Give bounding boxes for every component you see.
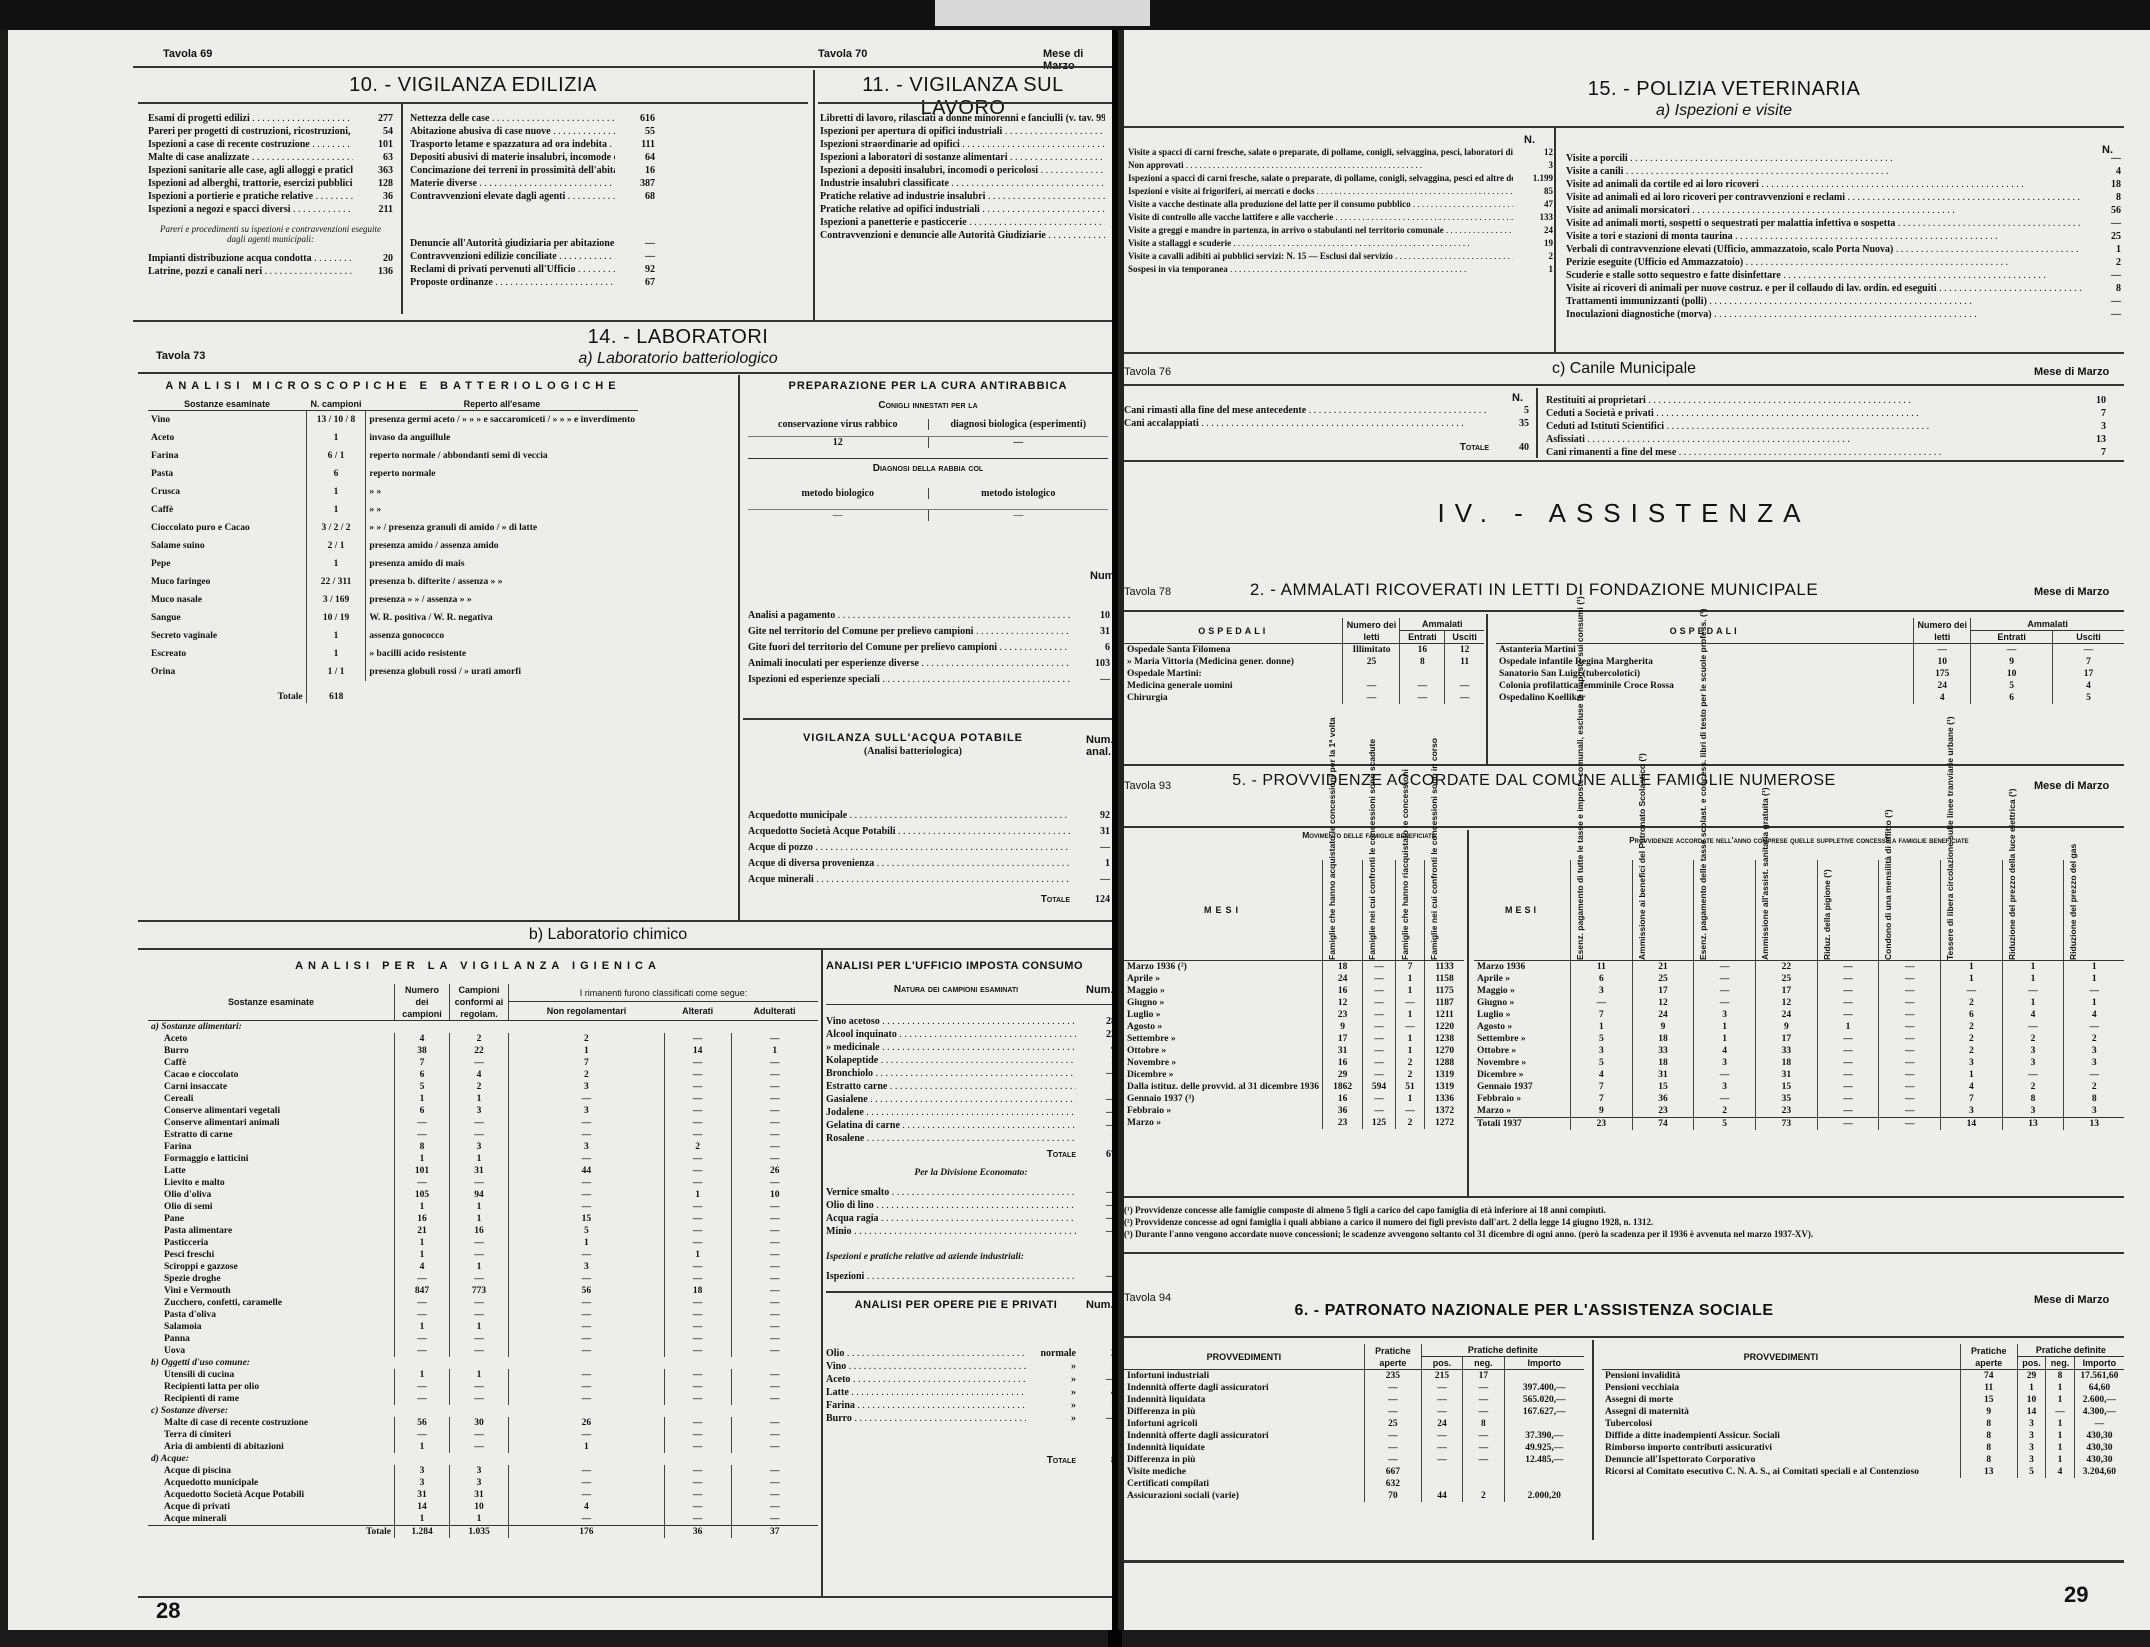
table-cell: 70	[1364, 1490, 1421, 1502]
ammalati-title: 2. - AMMALATI RICOVERATI IN LETTI DI FON…	[1224, 580, 1844, 600]
table-cell: 16	[1323, 985, 1363, 997]
table-cell: —	[509, 1093, 665, 1105]
edilizia-left-list: Esami di progetti edilizi277 Pareri per …	[148, 112, 393, 278]
total-row: Totali 19372374573——141313	[1474, 1118, 2124, 1131]
table-cell: Latte	[148, 1165, 395, 1177]
col-pos: pos.	[2017, 1357, 2046, 1370]
table-row: Novembre »518318——333	[1474, 1057, 2124, 1069]
table-cell: 2	[2064, 1081, 2124, 1093]
list-item: Latrine, pozzi e canali neri136	[148, 265, 393, 278]
list-item: Ispezioni—	[826, 1270, 1112, 1283]
table-cell: » »	[366, 483, 638, 501]
canile-total-value: 40	[1489, 442, 1529, 453]
table-cell: 1	[306, 645, 366, 663]
table-cell: 1	[395, 1201, 450, 1213]
table-cell: —	[731, 1225, 818, 1237]
table-cell: 51	[1395, 1081, 1424, 1093]
table-cell: —	[450, 1393, 509, 1405]
table-cell: —	[509, 1489, 665, 1501]
table-cell: —	[731, 1117, 818, 1129]
table-cell: 105	[395, 1189, 450, 1201]
table-cell: —	[1364, 1430, 1421, 1442]
list-item: Vernice smalto—	[826, 1186, 1112, 1199]
table-row: Marzo 1936 (²)18—71133	[1124, 961, 1464, 974]
col-ammalati: Ammalati	[1971, 618, 2124, 631]
table-row: Indennità offerte dagli assicuratori———3…	[1124, 1430, 1584, 1442]
table-cell: 3	[2064, 1045, 2124, 1057]
table-cell: 3.204,60	[2074, 1466, 2124, 1478]
patronato-title: 6. - PATRONATO NAZIONALE PER L'ASSISTENZ…	[1224, 1302, 1844, 1320]
table-cell: Marzo »	[1124, 1117, 1323, 1129]
table-cell: —	[1879, 973, 1941, 985]
table-cell: 13	[1960, 1466, 2017, 1478]
table-cell: 1	[1941, 961, 2003, 974]
list-item: Libretti di lavoro, rilasciati a donne m…	[820, 112, 1105, 125]
table-cell: —	[1879, 1081, 1941, 1093]
table-cell: 1	[395, 1321, 450, 1333]
table-cell: 4	[509, 1501, 665, 1513]
table-cell: —	[664, 1321, 731, 1333]
table-cell: 1	[395, 1093, 450, 1105]
aziende-note: Ispezioni e pratiche relative ad aziende…	[826, 1252, 1112, 1262]
patronato-left-table: PROVVEDIMENTIPratiche apertePratiche def…	[1124, 1344, 1584, 1502]
table-cell: —	[509, 1153, 665, 1165]
list-item: Perizie eseguite (Ufficio ed Ammazzatoio…	[1566, 256, 2121, 269]
laboratori-subtitle: a) Laboratorio batteriologico	[478, 350, 878, 368]
table-cell: —	[731, 1381, 818, 1393]
list-item: Ispezioni per apertura di opifici indust…	[820, 125, 1105, 138]
table-cell: 1.284	[395, 1526, 450, 1539]
table-cell: Differenza in più	[1124, 1454, 1364, 1466]
table-cell: —	[664, 1033, 731, 1045]
opere-total-label: Totale	[1047, 1455, 1076, 1466]
table-cell: 14	[2017, 1406, 2046, 1418]
table-cell: —	[395, 1381, 450, 1393]
table-row: Acquedotto Società Acque Potabili3131———	[148, 1489, 818, 1501]
table-row: Differenza in più———167.627,—	[1124, 1406, 1584, 1418]
table-row: Pasta alimentare21165——	[148, 1225, 818, 1237]
table-cell: Sangue	[148, 609, 306, 627]
esito: »	[1026, 1373, 1076, 1386]
table-cell: —	[1571, 997, 1633, 1009]
table-cell: 9	[1632, 1021, 1694, 1033]
varie-header: Num.	[1090, 570, 1112, 582]
table-cell: 3	[2002, 1105, 2064, 1118]
table-cell: —	[731, 1261, 818, 1273]
table-cell: 36	[1632, 1093, 1694, 1105]
table-cell: —	[731, 1057, 818, 1069]
table-cell: 3	[509, 1141, 665, 1153]
table-cell	[1400, 668, 1445, 680]
table-cell: 18	[664, 1285, 731, 1297]
table-cell: Sciroppi e gazzose	[148, 1261, 395, 1273]
table-row: Marzo »2312521272	[1124, 1117, 1464, 1129]
table-cell: 24	[1914, 680, 1971, 692]
table-cell: 1211	[1425, 1009, 1464, 1021]
table-cell: —	[664, 1069, 731, 1081]
table-cell: Ottobre »	[1124, 1045, 1323, 1057]
table-row: Maggio »16—11175	[1124, 985, 1464, 997]
table-cell: 1	[450, 1369, 509, 1381]
table-cell: —	[1817, 1118, 1879, 1131]
table-cell: 15	[1632, 1081, 1694, 1093]
table-cell: —	[395, 1345, 450, 1357]
table-cell: 1	[2064, 973, 2124, 985]
opere-pie-list: Olionormale2Vino»1Aceto»—Latte»4Farina»1…	[826, 1347, 1112, 1425]
list-item: Cani accalappiati35	[1124, 417, 1529, 430]
table-cell: —	[664, 1369, 731, 1381]
table-cell: —	[1395, 997, 1424, 1009]
table-row: Indennità liquidata———565.020,—	[1124, 1394, 1584, 1406]
col-prov-1: Esenz. pagamento di tutte le tasse e imp…	[1574, 860, 1586, 960]
list-item: Sospesi in via temporanea1	[1128, 263, 1553, 276]
table-cell: Dicembre »	[1124, 1069, 1323, 1081]
table-cell: 8	[2064, 1093, 2124, 1105]
canile-title: c) Canile Municipale	[1424, 360, 1824, 378]
list-item: Visite a greggi e mandre in partenza, in…	[1128, 224, 1553, 237]
canile-n-header: N.	[1512, 392, 1523, 404]
esito: normale	[1026, 1347, 1076, 1360]
table-cell: Marzo 1936 (²)	[1124, 961, 1323, 974]
scan-top-border	[0, 0, 2150, 30]
edilizia-right-list: Nettezza delle case616 Abitazione abusiv…	[410, 112, 655, 289]
table-cell: Illimitato	[1343, 644, 1400, 657]
table-row: Assegni di maternità914—4.300,—	[1602, 1406, 2124, 1418]
table-row: Certificati compilati632	[1124, 1478, 1584, 1490]
table-cell: 1	[1941, 973, 2003, 985]
footnote-3: (³) Durante l'anno vengono accordate nuo…	[1124, 1228, 2124, 1240]
table-row: Caffè1» »	[148, 501, 638, 519]
table-cell: 1	[2002, 973, 2064, 985]
varie-list: Analisi a pagamento10 Gite nel territori…	[748, 608, 1110, 688]
ammalati-right-table: OSPEDALINumero dei lettiAmmalati Entrati…	[1496, 618, 2124, 704]
table-cell: 11	[1960, 1382, 2017, 1394]
table-cell: —	[1817, 1069, 1879, 1081]
col-mov-4: Famiglie nei cui confronti le concession…	[1428, 860, 1440, 960]
tavola-78-label: Tavola 78	[1124, 586, 1171, 598]
table-cell: Cacao e cioccolato	[148, 1069, 395, 1081]
col-neg: neg.	[1463, 1357, 1504, 1370]
table-cell: 3	[1571, 985, 1633, 997]
table-cell: Estratto di carne	[148, 1129, 395, 1141]
table-cell: 31	[1632, 1069, 1694, 1081]
tavola-69-label: Tavola 69	[163, 48, 212, 60]
col-mov-3: Famiglie che hanno riacquistato le conce…	[1399, 860, 1411, 960]
conservazione-label: conservazione virus rabbico	[748, 419, 928, 430]
table-cell: 3	[2002, 1057, 2064, 1069]
table-cell: —	[731, 1345, 818, 1357]
list-item: Visite ai ricoveri di animali per nuove …	[1566, 282, 2121, 295]
table-cell: Uova	[148, 1345, 395, 1357]
list-item: Pareri per progetti di costruzioni, rico…	[148, 125, 393, 138]
list-item: Visite ad animali ed ai loro ricoveri pe…	[1566, 191, 2121, 204]
table-cell: Farina	[148, 447, 306, 465]
table-cell: Olio di semi	[148, 1201, 395, 1213]
table-cell: 8	[1960, 1430, 2017, 1442]
table-cell: 94	[450, 1189, 509, 1201]
acqua-total-value: 124	[1070, 894, 1110, 905]
table-cell: —	[509, 1249, 665, 1261]
table-cell: —	[2002, 1021, 2064, 1033]
table-cell: 3	[450, 1105, 509, 1117]
table-cell: 17	[1632, 985, 1694, 997]
table-cell: 4	[2046, 1466, 2075, 1478]
imposta-title: ANALISI PER L'UFFICIO IMPOSTA CONSUMO	[826, 960, 1112, 972]
list-item: Burro»—	[826, 1412, 1112, 1425]
table-cell: 1	[450, 1321, 509, 1333]
list-item: Visite a porcili—	[1566, 152, 2121, 165]
list-item: Visite a canili4	[1566, 165, 2121, 178]
table-cell: —	[509, 1177, 665, 1189]
table-row: Salame suino2 / 1presenza amido / assenz…	[148, 537, 638, 555]
col-prov-4: Ammissione all'assist. sanitaria gratuit…	[1759, 860, 1771, 960]
imposta-col-num: Num.	[1086, 984, 1112, 996]
table-cell: —	[731, 1477, 818, 1489]
list-item: Ceduti a Società e privati7	[1546, 407, 2106, 420]
table-cell: —	[1817, 997, 1879, 1009]
list-item: Animali inoculati per esperienze diverse…	[748, 656, 1110, 672]
table-cell: Settembre »	[1474, 1033, 1571, 1045]
table-cell: 1	[2017, 1382, 2046, 1394]
table-cell: 2	[1395, 1117, 1424, 1129]
table-row: Ospedalino Koelliker465	[1496, 692, 2124, 704]
table-cell: 1	[395, 1513, 450, 1526]
table-row: Aria di ambienti di abitazioni1—1——	[148, 1441, 818, 1453]
table-row: Gennaio 1937715315——422	[1474, 1081, 2124, 1093]
table-cell: 35	[1756, 1093, 1818, 1105]
table-cell: 17	[1463, 1370, 1504, 1383]
table-cell: 1	[306, 483, 366, 501]
table-cell: 1	[2046, 1454, 2075, 1466]
list-item: Contravvenzioni edilizie conciliate—	[410, 250, 655, 263]
col-prov-6: Condono di una mensilità di affitto (¹)	[1882, 860, 1894, 960]
list-item: Ispezioni sanitarie alle case, agli allo…	[148, 164, 393, 177]
table-cell: Assegni di morte	[1602, 1394, 1960, 1406]
table-cell: —	[395, 1129, 450, 1141]
table-cell: 2	[1941, 1033, 2003, 1045]
table-row: Dicembre »29—21319	[1124, 1069, 1464, 1081]
table-cell: 2.600,—	[2074, 1394, 2124, 1406]
table-cell: 14	[664, 1045, 731, 1057]
table-cell: —	[395, 1309, 450, 1321]
table-cell: —	[509, 1345, 665, 1357]
table-row: Cacao e cioccolato642——	[148, 1069, 818, 1081]
table-cell: 24	[1756, 1009, 1818, 1021]
table-cell: Aceto	[148, 1033, 395, 1045]
section-header: b) Oggetti d'uso comune:	[148, 1357, 818, 1369]
table-cell: —	[509, 1393, 665, 1405]
table-cell: —	[1463, 1406, 1504, 1418]
table-cell: 73	[1756, 1118, 1818, 1131]
list-item: Olio di lino—	[826, 1199, 1112, 1212]
table-cell: Differenza in più	[1124, 1406, 1364, 1418]
table-cell: Aria di ambienti di abitazioni	[148, 1441, 395, 1453]
list-item: Gasialene—	[826, 1093, 1112, 1106]
list-item: Materie diverse387	[410, 177, 655, 190]
list-item: Vino»1	[826, 1360, 1112, 1373]
table-cell: 38	[395, 1045, 450, 1057]
table-cell: 26	[731, 1165, 818, 1177]
table-row: Marzo 19361121—22——111	[1474, 961, 2124, 974]
table-cell: 31	[450, 1489, 509, 1501]
table-cell: —	[1363, 1033, 1396, 1045]
table-cell: 2	[1463, 1490, 1504, 1502]
table-cell: 17	[1323, 1033, 1363, 1045]
economato-list: Vernice smalto—Olio di lino—Acqua ragia—…	[826, 1186, 1112, 1238]
table-cell: 3 / 2 / 2	[306, 519, 366, 537]
table-cell: 2	[1395, 1057, 1424, 1069]
table-cell: 594	[1363, 1081, 1396, 1093]
table-cell: 1372	[1425, 1105, 1464, 1117]
table-cell: —	[509, 1129, 665, 1141]
table-cell: 16	[1323, 1057, 1363, 1069]
table-cell	[1463, 1478, 1504, 1490]
list-item: Acqua ragia—	[826, 1212, 1112, 1225]
table-cell: 22 / 311	[306, 573, 366, 591]
table-cell: —	[731, 1273, 818, 1285]
table-cell: —	[731, 1069, 818, 1081]
table-cell: 7	[1571, 1009, 1633, 1021]
table-cell: —	[1363, 1057, 1396, 1069]
table-cell: 23	[1632, 1105, 1694, 1118]
table-cell: 2 / 1	[306, 537, 366, 555]
table-row: Agosto »19191—2——	[1474, 1021, 2124, 1033]
table-row: Febbraio »36——1372	[1124, 1105, 1464, 1117]
table-row: Giugno »12——1187	[1124, 997, 1464, 1009]
table-cell: 667	[1364, 1466, 1421, 1478]
table-row: Conserve alimentari vegetali633——	[148, 1105, 818, 1117]
table-cell: 2	[1395, 1069, 1424, 1081]
table-cell: 18	[1632, 1057, 1694, 1069]
table-cell: 7	[1941, 1093, 2003, 1105]
table-cell: 49.925,—	[1504, 1442, 1584, 1454]
table-cell	[1421, 1466, 1462, 1478]
table-cell: 8	[1400, 656, 1445, 668]
list-item: Denuncie all'Autorità giudiziaria per ab…	[410, 237, 655, 250]
table-cell: 15	[1960, 1394, 2017, 1406]
table-cell: 7	[2053, 656, 2124, 668]
table-row: Malte di case di recente costruzione5630…	[148, 1417, 818, 1429]
table-cell: —	[731, 1333, 818, 1345]
col-mov-2: Famiglie nei cui confronti le concession…	[1366, 860, 1378, 960]
col-neg: neg.	[2046, 1357, 2075, 1370]
table-cell: 21	[1632, 961, 1694, 974]
metodo-istologico-label: metodo istologico	[928, 488, 1109, 499]
table-cell: —	[450, 1429, 509, 1441]
table-row: Formaggio e latticini11———	[148, 1153, 818, 1165]
table-cell: 3	[2017, 1442, 2046, 1454]
table-cell: 5	[395, 1081, 450, 1093]
table-cell: 1	[1395, 973, 1424, 985]
table-cell: Novembre »	[1124, 1057, 1323, 1069]
table-cell: —	[1421, 1394, 1462, 1406]
table-cell: 33	[1632, 1045, 1694, 1057]
table-cell: Acque di privati	[148, 1501, 395, 1513]
table-cell: 74	[1960, 1370, 2017, 1383]
table-cell: —	[1463, 1394, 1504, 1406]
table-cell: —	[509, 1477, 665, 1489]
table-cell: presenza amido di mais	[366, 555, 638, 573]
table-row: Zucchero, confetti, caramelle—————	[148, 1297, 818, 1309]
table-cell: 4	[1571, 1069, 1633, 1081]
table-cell: 2	[1941, 1045, 2003, 1057]
table-row: Novembre »16—21288	[1124, 1057, 1464, 1069]
table-cell: —	[731, 1393, 818, 1405]
table-row: Gennaio 1937 (³)16—11336	[1124, 1093, 1464, 1105]
table-row: Rimborso importo contributi assicurativi…	[1602, 1442, 2124, 1454]
table-cell: 1	[664, 1189, 731, 1201]
list-item: Ispezioni a laboratori di sostanze alime…	[820, 151, 1105, 164]
list-item: Acque di pozzo—	[748, 840, 1110, 856]
table-cell: Acque minerali	[148, 1513, 395, 1526]
chimico-subtitle: b) Laboratorio chimico	[408, 926, 808, 944]
table-cell: 29	[2017, 1370, 2046, 1383]
table-cell: 10	[1971, 668, 2053, 680]
table-cell: 1	[306, 555, 366, 573]
table-cell: 26	[509, 1417, 665, 1429]
list-item: Ispezioni a case di recente costruzione1…	[148, 138, 393, 151]
page-number-right: 29	[2064, 1582, 2088, 1608]
table-cell: 1.035	[450, 1526, 509, 1539]
table-cell: Escreato	[148, 645, 306, 663]
table-cell: 10	[1914, 656, 1971, 668]
table-cell: 2	[2064, 1033, 2124, 1045]
table-cell: —	[1343, 692, 1400, 704]
table-row: Infortuni agricoli25248	[1124, 1418, 1584, 1430]
table-cell: —	[1879, 1045, 1941, 1057]
table-row: Carni insaccate523——	[148, 1081, 818, 1093]
table-cell: —	[509, 1465, 665, 1477]
list-item: Verbali di contravvenzione elevati (Uffi…	[1566, 243, 2121, 256]
list-item: Visite ad animali morti, sospetti o sequ…	[1566, 217, 2121, 230]
table-cell: 2	[2002, 1033, 2064, 1045]
table-cell: 56	[509, 1285, 665, 1297]
imposta-consumo-panel: ANALISI PER L'UFFICIO IMPOSTA CONSUMO Na…	[826, 960, 1112, 1466]
table-row: Muco nasale3 / 169presenza » » / assenza…	[148, 591, 638, 609]
table-cell: —	[731, 1105, 818, 1117]
table-cell: 1	[509, 1237, 665, 1249]
table-cell: Olio d'oliva	[148, 1189, 395, 1201]
col-letti: Numero dei letti	[1343, 618, 1400, 644]
table-cell: » »	[366, 501, 638, 519]
list-item: Olionormale2	[826, 1347, 1112, 1360]
diagnosi-biologica-value: —	[928, 437, 1109, 448]
table-cell: 25	[1756, 973, 1818, 985]
table-cell: —	[509, 1369, 665, 1381]
table-cell: 15	[509, 1213, 665, 1225]
table-cell: 11	[1571, 961, 1633, 974]
table-cell: —	[731, 1081, 818, 1093]
table-cell: 1	[450, 1513, 509, 1526]
edilizia-note: Pareri e procedimenti su ispezioni e con…	[158, 224, 383, 244]
table-cell: Infortuni agricoli	[1124, 1418, 1364, 1430]
table-cell: —	[1817, 1081, 1879, 1093]
table-cell: 175	[1914, 668, 1971, 680]
table-cell: 1319	[1425, 1081, 1464, 1093]
table-cell: —	[509, 1513, 665, 1526]
table-cell: —	[664, 1309, 731, 1321]
table-row: Dalla istituz. delle provvid. al 31 dice…	[1124, 1081, 1464, 1093]
table-cell: —	[450, 1381, 509, 1393]
table-row: Aceto422——	[148, 1033, 818, 1045]
table-cell: 3	[395, 1477, 450, 1489]
table-cell: 2	[1694, 1105, 1756, 1118]
col-sostanze: Sostanze esaminate	[148, 398, 306, 411]
table-cell: —	[731, 1249, 818, 1261]
table-cell: 3	[1694, 1057, 1756, 1069]
veterinaria-title: 15. - POLIZIA VETERINARIA	[1424, 78, 2024, 101]
table-cell: Crusca	[148, 483, 306, 501]
